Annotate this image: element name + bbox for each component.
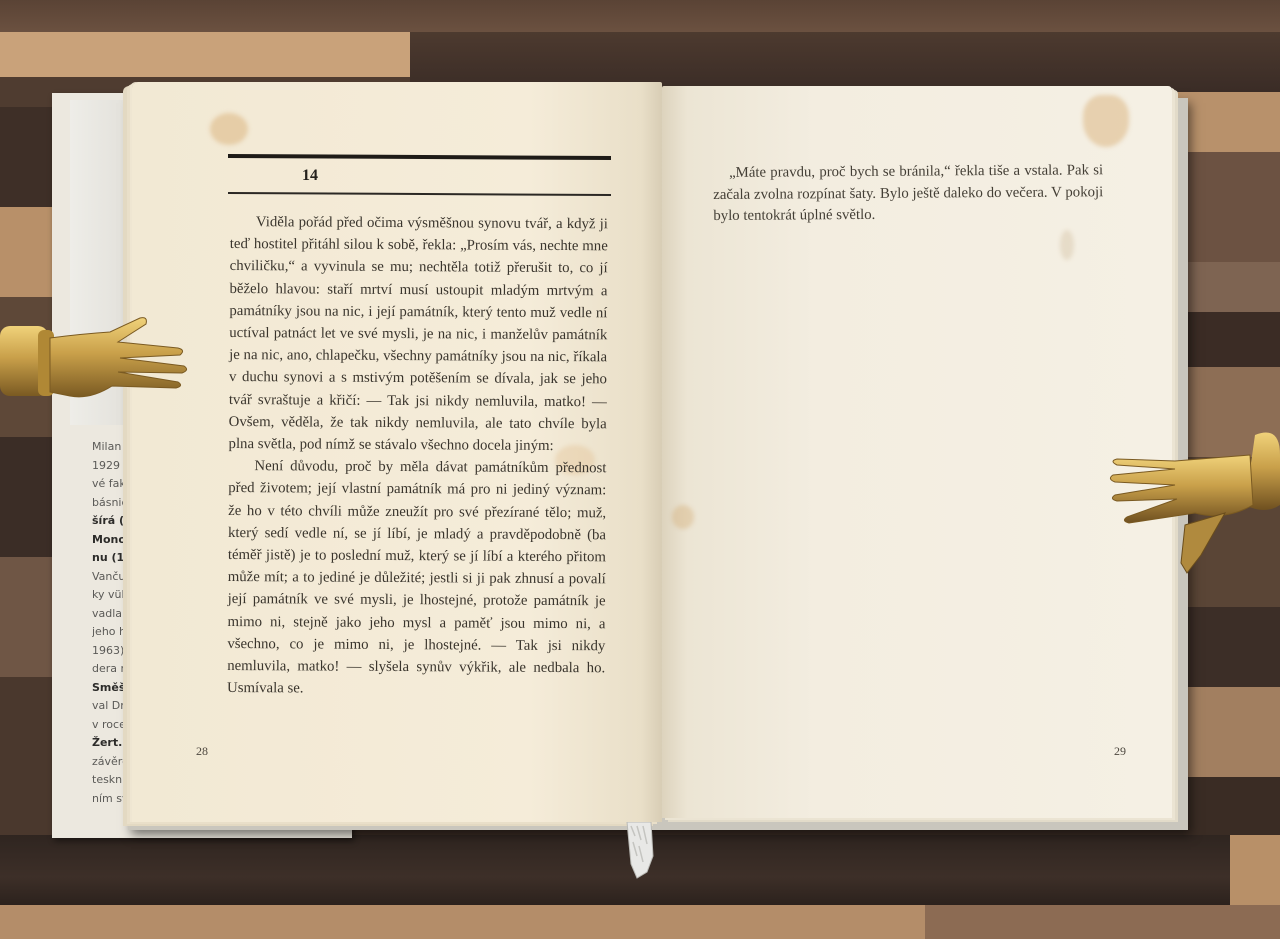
wood-plank: [0, 437, 60, 557]
stain: [1083, 95, 1129, 147]
stain: [1060, 230, 1074, 260]
chapter-number: 14: [302, 167, 318, 185]
ribbon-bookmark[interactable]: [625, 822, 655, 882]
wood-plank: [1230, 835, 1280, 905]
wood-plank: [0, 835, 1230, 905]
wood-plank: [925, 905, 1280, 939]
brass-hand-holder-right-icon: [1105, 425, 1280, 575]
paragraph: Viděla pořád před očima výsměšnou synovu…: [229, 211, 608, 458]
stain: [210, 113, 248, 145]
left-page-body: Viděla pořád před očima výsměšnou synovu…: [227, 211, 608, 702]
wood-plank: [0, 32, 410, 77]
brass-hand-holder-left-icon: [0, 308, 195, 413]
wood-plank: [0, 207, 60, 297]
paragraph: Není důvodu, proč by měla dávat památník…: [227, 455, 606, 702]
wood-plank: [0, 0, 1280, 32]
page-number-left: 28: [196, 744, 208, 759]
wood-plank: [0, 107, 60, 207]
wood-plank: [0, 905, 925, 939]
stain: [672, 505, 694, 529]
right-page-body: „Máte pravdu, proč bych se bránila,“ řek…: [713, 160, 1103, 227]
wood-plank: [0, 557, 60, 677]
paragraph: „Máte pravdu, proč bych se bránila,“ řek…: [713, 160, 1103, 227]
wood-plank: [0, 677, 60, 837]
page-number-right: 29: [1114, 744, 1126, 759]
